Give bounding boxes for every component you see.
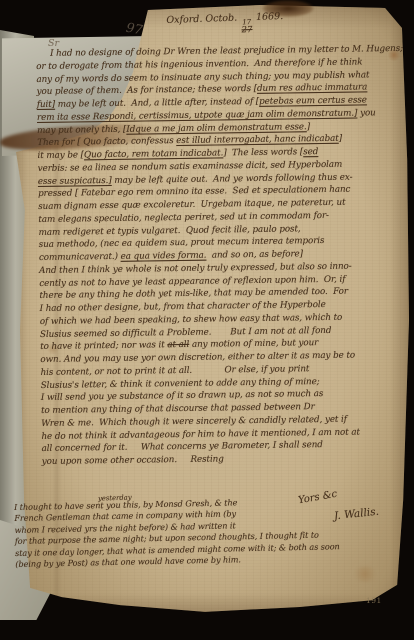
dateline-day: 17 27 bbox=[241, 19, 252, 35]
postscript: I thought to have sent you this, by Mons… bbox=[14, 495, 345, 570]
archival-number: 97 bbox=[125, 21, 144, 39]
dateline-year: 1669. bbox=[256, 11, 284, 23]
dateline-day-struck: 27 bbox=[241, 26, 252, 35]
scan-background: 97 Oxford. Octob. 17 27 1669. Sr I had n… bbox=[0, 0, 414, 640]
letter-body: I had no designe of doing Dr Wren the le… bbox=[36, 43, 406, 469]
dateline-place: Oxford. Octob. bbox=[166, 13, 237, 26]
folio-number: 191 bbox=[366, 596, 382, 605]
